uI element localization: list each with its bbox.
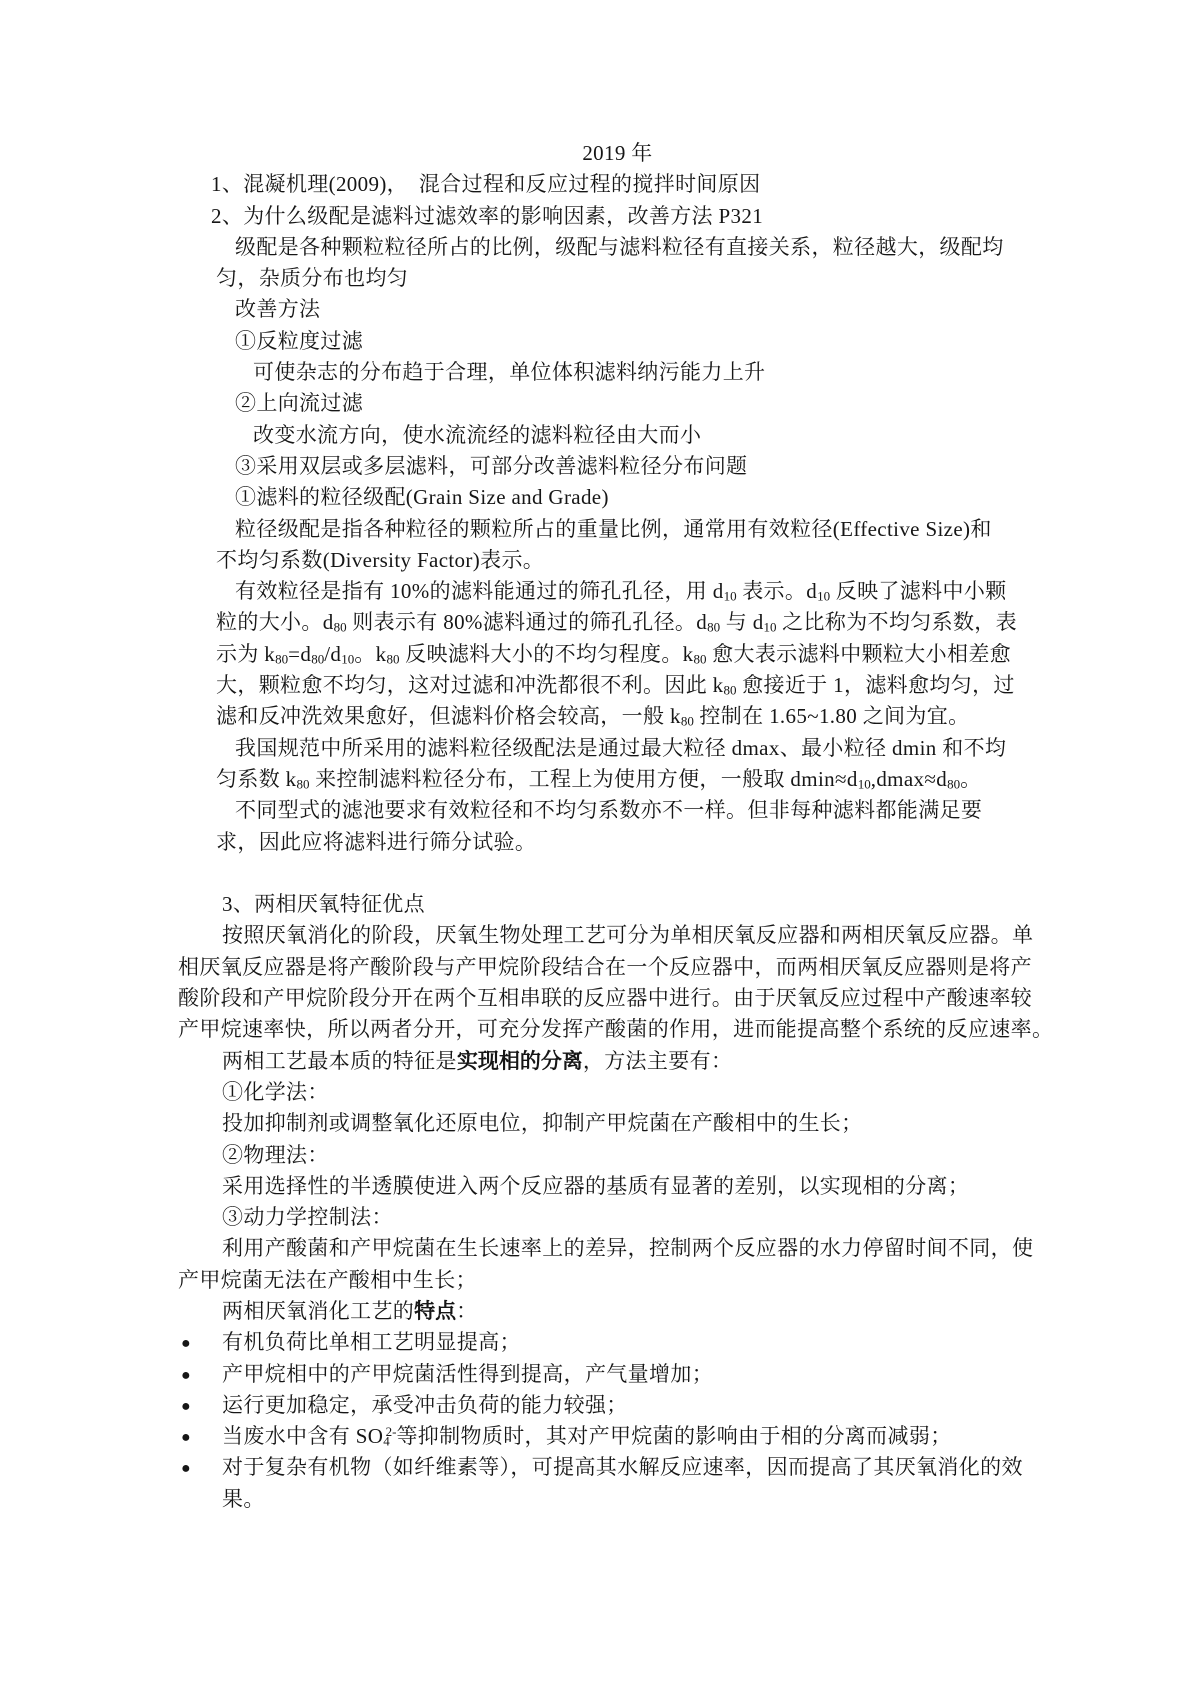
bullet-item: ●当废水中含有 SO42-等抑制物质时，其对产甲烷菌的影响由于相的分离而减弱； xyxy=(181,1421,1190,1452)
paragraph-line: 改善方法 xyxy=(235,294,1190,325)
paragraph-line: 果。 xyxy=(222,1484,1190,1515)
paragraph-line: 粒的大小。d80 则表示有 80%滤料通过的筛孔孔径。d80 与 d10 之比称… xyxy=(216,607,1190,638)
text-run: 有机负荷比单相工艺明显提高； xyxy=(222,1330,521,1354)
bullet-icon: ● xyxy=(181,1422,222,1453)
text-run: 求，因此应将滤料进行筛分试验。 xyxy=(216,830,536,854)
text-run: 滤和反冲洗效果愈好，但滤料价格会较高，一般 k xyxy=(216,704,681,728)
paragraph-line: 两相厌氧消化工艺的特点： xyxy=(222,1296,1190,1327)
text-bold: 特点 xyxy=(414,1299,456,1323)
paragraph-line: 相厌氧反应器是将产酸阶段与产甲烷阶段结合在一个反应器中，而两相厌氧反应器则是将产 xyxy=(178,952,1190,983)
text-run: /d xyxy=(324,642,341,666)
text-run: 可使杂志的分布趋于合理，单位体积滤料纳污能力上升 xyxy=(253,360,765,384)
text-run: 等抑制物质时，其对产甲烷菌的影响由于相的分离而减弱； xyxy=(396,1424,951,1448)
text-run: 两相工艺最本质的特征是 xyxy=(222,1049,457,1073)
document-page: 2019 年1、混凝机理(2009)， 混合过程和反应过程的搅拌时间原因2、为什… xyxy=(0,0,1190,1683)
text-run: 酸阶段和产甲烷阶段分开在两个互相串联的反应器中进行。由于厌氧反应过程中产酸速率较 xyxy=(178,986,1032,1010)
text-run: 改变水流方向，使水流流经的滤料粒径由大而小 xyxy=(253,423,701,447)
text-run: 与 d xyxy=(720,610,763,634)
paragraph-line: 利用产酸菌和产甲烷菌在生长速率上的差异，控制两个反应器的水力停留时间不同，使 xyxy=(222,1233,1190,1264)
paragraph-line: 匀系数 k80 来控制滤料粒径分布，工程上为使用方便，一般取 dmin≈d10,… xyxy=(216,764,1190,795)
paragraph-line: 有效粒径是指有 10%的滤料能通过的筛孔孔径，用 d10 表示。d10 反映了滤… xyxy=(235,576,1190,607)
bullet-icon: ● xyxy=(181,1453,222,1484)
text-run: 不均匀系数(Diversity Factor)表示。 xyxy=(216,548,544,572)
text-sub: 80 xyxy=(334,620,347,635)
section-heading: 3、两相厌氧特征优点 xyxy=(222,889,1190,920)
text-run: 粒径级配是指各种粒径的颗粒所占的重量比例，通常用有效粒径(Effective S… xyxy=(235,517,992,541)
question-item: 1、混凝机理(2009)， 混合过程和反应过程的搅拌时间原因 xyxy=(211,169,1190,200)
text-run: ，方法主要有： xyxy=(583,1049,732,1073)
page: { "styles": { "page_background": "#fffff… xyxy=(0,0,1190,1683)
numbered-point: ③动力学控制法： xyxy=(222,1202,1190,1233)
paragraph-line: 级配是各种颗粒粒径所占的比例，级配与滤料粒径有直接关系，粒径越大，级配均 xyxy=(235,232,1190,263)
paragraph-line: 我国规范中所采用的滤料粒径级配法是通过最大粒径 dmax、最小粒径 dmin 和… xyxy=(235,733,1190,764)
text-run: 改善方法 xyxy=(235,297,320,321)
paragraph-line: 投加抑制剂或调整氧化还原电位，抑制产甲烷菌在产酸相中的生长； xyxy=(222,1108,1190,1139)
text-run: ： xyxy=(456,1299,477,1323)
numbered-point: ③采用双层或多层滤料，可部分改善滤料粒径分布问题 xyxy=(235,451,1190,482)
text-run: 利用产酸菌和产甲烷菌在生长速率上的差异，控制两个反应器的水力停留时间不同，使 xyxy=(222,1236,1033,1260)
text-run: ,dmax≈d xyxy=(871,767,947,791)
bullet-item: ●产甲烷相中的产甲烷菌活性得到提高，产气量增加； xyxy=(181,1359,1190,1390)
text-sub: 10 xyxy=(341,651,354,666)
paragraph-line: 酸阶段和产甲烷阶段分开在两个互相串联的反应器中进行。由于厌氧反应过程中产酸速率较 xyxy=(178,983,1190,1014)
text-run: 1、混凝机理(2009)， 混合过程和反应过程的搅拌时间原因 xyxy=(211,172,760,196)
text-run: 大，颗粒愈不均匀，这对过滤和冲洗都很不利。因此 k xyxy=(216,673,724,697)
text-run: 匀系数 k xyxy=(216,767,297,791)
paragraph-line: 按照厌氧消化的阶段，厌氧生物处理工艺可分为单相厌氧反应器和两相厌氧反应器。单 xyxy=(222,920,1190,951)
paragraph-line: 大，颗粒愈不均匀，这对过滤和冲洗都很不利。因此 k80 愈接近于 1，滤料愈均匀… xyxy=(216,670,1190,701)
text-run: 2、为什么级配是滤料过滤效率的影响因素，改善方法 P321 xyxy=(211,204,763,228)
paragraph-line: 改变水流方向，使水流流经的滤料粒径由大而小 xyxy=(253,420,1190,451)
paragraph-line: 采用选择性的半透膜使进入两个反应器的基质有显著的差别，以实现相的分离； xyxy=(222,1171,1190,1202)
text-run: 愈接近于 1，滤料愈均匀，过 xyxy=(737,673,1015,697)
text-run: 反映了滤料中小颗 xyxy=(830,579,1006,603)
text-run: 表示。d xyxy=(737,579,818,603)
text-supov: 2- xyxy=(386,1424,397,1439)
text-run: 反映滤料大小的不均匀程度。k xyxy=(400,642,694,666)
text-sub: 80 xyxy=(297,776,310,791)
text-run: 来控制滤料粒径分布，工程上为使用方便，一般取 dmin≈d xyxy=(310,767,858,791)
text-sub: 10 xyxy=(817,588,830,603)
paragraph-line: 滤和反冲洗效果愈好，但滤料价格会较高，一般 k80 控制在 1.65~1.80 … xyxy=(216,701,1190,732)
question-item: 2、为什么级配是滤料过滤效率的影响因素，改善方法 P321 xyxy=(211,201,1190,232)
numbered-point: ①滤料的粒径级配(Grain Size and Grade) xyxy=(235,482,1190,513)
text-run: 投加抑制剂或调整氧化还原电位，抑制产甲烷菌在产酸相中的生长； xyxy=(222,1111,863,1135)
text-run: 两相厌氧消化工艺的 xyxy=(222,1299,414,1323)
paragraph-line: 粒径级配是指各种粒径的颗粒所占的重量比例，通常用有效粒径(Effective S… xyxy=(235,514,1190,545)
numbered-point: ②物理法： xyxy=(222,1140,1190,1171)
text-run: ③采用双层或多层滤料，可部分改善滤料粒径分布问题 xyxy=(235,454,747,478)
text-run: 不同型式的滤池要求有效粒径和不均匀系数亦不一样。但非每种滤料都能满足要 xyxy=(235,798,982,822)
paragraph-line: 示为 k80=d80/d10。k80 反映滤料大小的不均匀程度。k80 愈大表示… xyxy=(216,639,1190,670)
text-run: 按照厌氧消化的阶段，厌氧生物处理工艺可分为单相厌氧反应器和两相厌氧反应器。单 xyxy=(222,923,1033,947)
text-run: 果。 xyxy=(222,1487,265,1511)
paragraph-line: 求，因此应将滤料进行筛分试验。 xyxy=(216,827,1190,858)
text-run: 级配是各种颗粒粒径所占的比例，级配与滤料粒径有直接关系，粒径越大，级配均 xyxy=(235,235,1004,259)
bullet-icon: ● xyxy=(181,1328,222,1359)
text-run: 对于复杂有机物（如纤维素等），可提高其水解反应速率，因而提高了其厌氧消化的效 xyxy=(222,1455,1023,1479)
text-run: ①化学法： xyxy=(222,1080,329,1104)
text-run: ②物理法： xyxy=(222,1143,329,1167)
document-body: 2019 年1、混凝机理(2009)， 混合过程和反应过程的搅拌时间原因2、为什… xyxy=(0,0,1190,1515)
blank-line xyxy=(0,858,1190,889)
numbered-point: ①反粒度过滤 xyxy=(235,326,1190,357)
text-sub: 80 xyxy=(311,651,324,666)
bullet-item: ●对于复杂有机物（如纤维素等），可提高其水解反应速率，因而提高了其厌氧消化的效 xyxy=(181,1452,1190,1483)
bullet-item: ●运行更加稳定，承受冲击负荷的能力较强； xyxy=(181,1390,1190,1421)
text-bold: 实现相的分离 xyxy=(457,1049,583,1073)
paragraph-line: 不均匀系数(Diversity Factor)表示。 xyxy=(216,545,1190,576)
text-run: 产甲烷速率快，所以两者分开，可充分发挥产酸菌的作用，进而能提高整个系统的反应速率… xyxy=(178,1017,1053,1041)
text-run: 。k xyxy=(354,642,386,666)
text-run: ①反粒度过滤 xyxy=(235,329,363,353)
text-run: 3、两相厌氧特征优点 xyxy=(222,892,425,916)
text-run: 匀，杂质分布也均匀 xyxy=(216,266,408,290)
text-run: 示为 k xyxy=(216,642,275,666)
paragraph-line: 产甲烷菌无法在产酸相中生长； xyxy=(178,1265,1190,1296)
text-run: 。 xyxy=(960,767,981,791)
text-sub: 80 xyxy=(694,651,707,666)
paragraph-line: 产甲烷速率快，所以两者分开，可充分发挥产酸菌的作用，进而能提高整个系统的反应速率… xyxy=(178,1014,1190,1045)
text-run: 则表示有 80%滤料通过的筛孔孔径。d xyxy=(347,610,708,634)
bullet-icon: ● xyxy=(181,1360,222,1391)
text-run: 我国规范中所采用的滤料粒径级配法是通过最大粒径 dmax、最小粒径 dmin 和… xyxy=(235,736,1006,760)
text-sub: 80 xyxy=(681,714,694,729)
text-run: 有效粒径是指有 10%的滤料能通过的筛孔孔径，用 d xyxy=(235,579,724,603)
text-sub: 80 xyxy=(947,776,960,791)
text-run: 之比称为不均匀系数，表 xyxy=(777,610,1017,634)
text-sub: 10 xyxy=(764,620,777,635)
text-run: 采用选择性的半透膜使进入两个反应器的基质有显著的差别，以实现相的分离； xyxy=(222,1174,969,1198)
text-sub: 80 xyxy=(724,682,737,697)
paragraph-line: 匀，杂质分布也均匀 xyxy=(216,263,1190,294)
text-run: 产甲烷菌无法在产酸相中生长； xyxy=(178,1268,477,1292)
text-run: ③动力学控制法： xyxy=(222,1205,393,1229)
bullet-icon: ● xyxy=(181,1391,222,1422)
paragraph-line: 不同型式的滤池要求有效粒径和不均匀系数亦不一样。但非每种滤料都能满足要 xyxy=(235,795,1190,826)
paragraph-line: 两相工艺最本质的特征是实现相的分离，方法主要有： xyxy=(222,1046,1190,1077)
text-run: 粒的大小。d xyxy=(216,610,334,634)
text-sub: 80 xyxy=(275,651,288,666)
text-run: =d xyxy=(288,642,311,666)
text-run: 当废水中含有 SO xyxy=(222,1424,383,1448)
bullet-item: ●有机负荷比单相工艺明显提高； xyxy=(181,1327,1190,1358)
text-sub: 80 xyxy=(707,620,720,635)
numbered-point: ②上向流过滤 xyxy=(235,388,1190,419)
text-run: 控制在 1.65~1.80 之间为宜。 xyxy=(694,704,970,728)
text-sub: 80 xyxy=(387,651,400,666)
text-run: 运行更加稳定，承受冲击负荷的能力较强； xyxy=(222,1393,628,1417)
text-run: ①滤料的粒径级配(Grain Size and Grade) xyxy=(235,485,609,509)
numbered-point: ①化学法： xyxy=(222,1077,1190,1108)
text-sub: 10 xyxy=(858,776,871,791)
text-run: 相厌氧反应器是将产酸阶段与产甲烷阶段结合在一个反应器中，而两相厌氧反应器则是将产 xyxy=(178,955,1032,979)
text-sub: 10 xyxy=(724,588,737,603)
text-run: 2019 年 xyxy=(582,141,652,165)
document-title: 2019 年 xyxy=(0,138,1190,169)
paragraph-line: 可使杂志的分布趋于合理，单位体积滤料纳污能力上升 xyxy=(253,357,1190,388)
text-run: 产甲烷相中的产甲烷菌活性得到提高，产气量增加； xyxy=(222,1362,713,1386)
text-run: ②上向流过滤 xyxy=(235,391,363,415)
text-run: 愈大表示滤料中颗粒大小相差愈 xyxy=(707,642,1012,666)
